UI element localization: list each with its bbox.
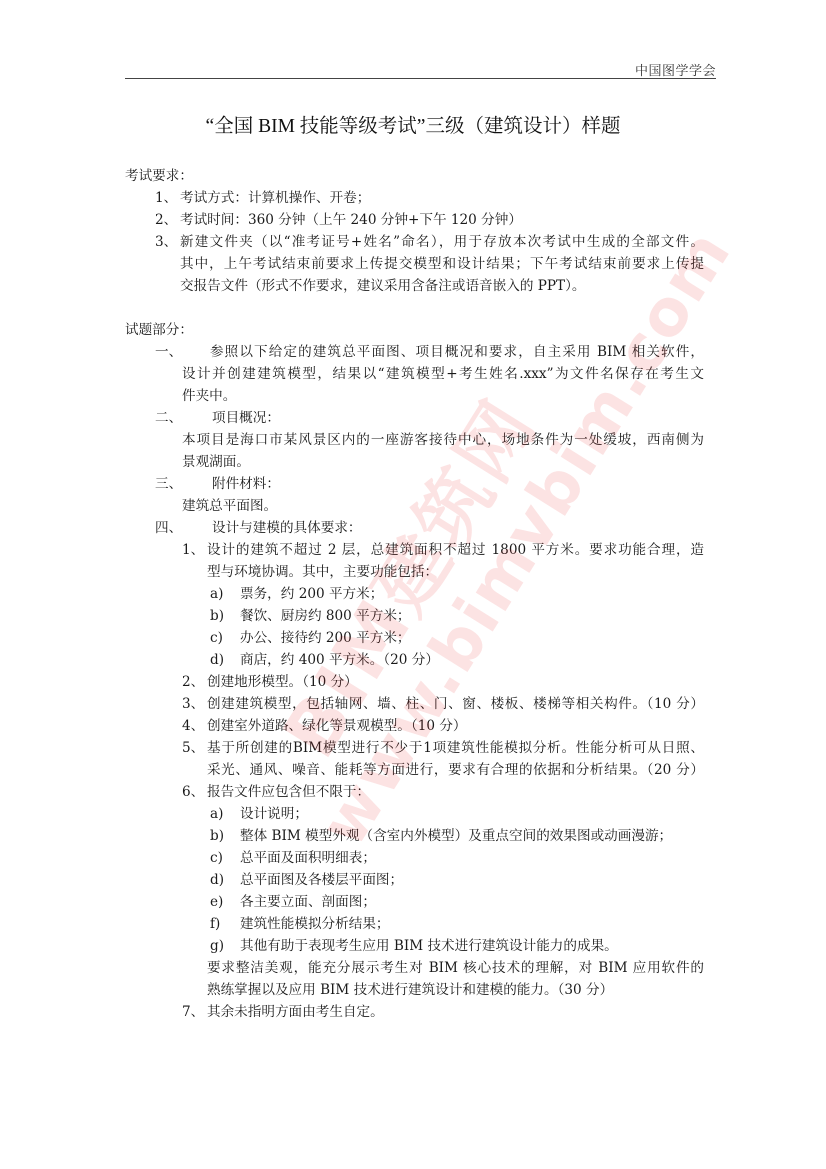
exam-item-text: 考试时间：360 分钟（上午 240 分钟+下午 120 分钟）	[180, 209, 522, 231]
requirement-marker: 6、	[182, 781, 204, 803]
requirement-text: 基于所创建的BIM模型进行不少于1项建筑性能模拟分析。性能分析可从日照、	[207, 737, 704, 759]
section-title: 附件材料：	[212, 473, 280, 495]
requirement-text: 设计的建筑不超过 2 层，总建筑面积不超过 1800 平方米。要求功能合理，造	[207, 539, 704, 561]
sub-item-text: 建筑性能模拟分析结果；	[240, 913, 390, 935]
section-body: 件夹中。	[182, 385, 236, 407]
requirement-text: 其余未指明方面由考生自定。	[207, 1001, 384, 1023]
sub-item-marker: g)	[210, 935, 224, 957]
section-body: 景观湖面。	[182, 451, 250, 473]
sub-item-marker: a)	[210, 583, 223, 605]
exam-item-text: 其中，上午考试结束前要求上传提交模型和设计结果；下午考试结束前要求上传提	[180, 253, 704, 275]
sub-item-marker: b)	[210, 825, 224, 847]
requirement-marker: 3、	[182, 693, 204, 715]
exam-requirements-heading: 考试要求：	[125, 165, 193, 187]
requirement-marker: 4、	[182, 715, 204, 737]
sub-item-text: 餐饮、厨房约 800 平方米；	[240, 605, 411, 627]
header-rule	[125, 78, 716, 79]
exam-item-marker: 1、	[155, 187, 177, 209]
sub-item-text: 其他有助于表现考生应用 BIM 技术进行建筑设计能力的成果。	[240, 935, 618, 957]
sub-item-marker: c)	[210, 627, 223, 649]
requirement-text: 采光、通风、噪音、能耗等方面进行，要求有合理的依据和分析结果。（20 分）	[207, 759, 704, 781]
questions-heading: 试题部分：	[125, 319, 193, 341]
requirement-marker: 1、	[182, 539, 204, 561]
sub-item-marker: d)	[210, 869, 224, 891]
document-page: 中国图学学会 “全国 BIM 技能等级考试”三级（建筑设计）样题 考试要求： 1…	[0, 0, 826, 1169]
exam-item-text: 新建文件夹（以“准考证号+姓名”命名），用于存放本次考试中生成的全部文件。	[180, 231, 704, 253]
document-title: “全国 BIM 技能等级考试”三级（建筑设计）样题	[0, 110, 826, 138]
sub-item-marker: d)	[210, 649, 224, 671]
requirement-text: 创建地形模型。（10 分）	[207, 671, 358, 693]
sub-item-marker: e)	[210, 891, 223, 913]
sub-item-text: 各主要立面、剖面图；	[240, 891, 376, 913]
requirement-marker: 5、	[182, 737, 204, 759]
sub-item-text: 票务，约 200 平方米；	[240, 583, 383, 605]
requirement-text: 报告文件应包含但不限于：	[207, 781, 370, 803]
section-body: 设计并创建建筑模型，结果以“建筑模型+考生姓名.xxx”为文件名保存在考生文	[182, 363, 704, 385]
requirement-text: 型与环境协调。其中，主要功能包括：	[207, 561, 438, 583]
exam-item-text: 考试方式：计算机操作、开卷；	[180, 187, 370, 209]
exam-item-marker: 3、	[155, 231, 177, 253]
requirement-marker: 7、	[182, 1001, 204, 1023]
sub-item-text: 商店，约 400 平方米。（20 分）	[240, 649, 439, 671]
section-body: 建筑总平面图。	[182, 495, 277, 517]
header-organization: 中国图学学会	[635, 60, 716, 79]
requirement-text: 创建建筑模型，包括轴网、墙、柱、门、窗、楼板、楼梯等相关构件。（10 分）	[207, 693, 704, 715]
section-title: 设计与建模的具体要求：	[212, 517, 362, 539]
section-marker: 二、	[155, 407, 182, 429]
sub-item-marker: f)	[210, 913, 220, 935]
section-title: 参照以下给定的建筑总平面图、项目概况和要求，自主采用 BIM 相关软件，	[210, 341, 704, 363]
requirement-text: 创建室外道路、绿化等景观模型。（10 分）	[207, 715, 467, 737]
requirement-marker: 2、	[182, 671, 204, 693]
sub-item-text: 整体 BIM 模型外观（含室内外模型）及重点空间的效果图或动画漫游；	[240, 825, 672, 847]
sub-item-marker: b)	[210, 605, 224, 627]
requirement-text: 熟练掌握以及应用 BIM 技术进行建筑设计和建模的能力。（30 分）	[207, 979, 613, 1001]
sub-item-marker: c)	[210, 847, 223, 869]
sub-item-text: 总平面图及各楼层平面图；	[240, 869, 403, 891]
section-title: 项目概况：	[212, 407, 280, 429]
sub-item-text: 总平面及面积明细表；	[240, 847, 376, 869]
section-marker: 三、	[155, 473, 182, 495]
exam-item-marker: 2、	[155, 209, 177, 231]
section-marker: 一、	[155, 341, 182, 363]
requirement-text: 要求整洁美观，能充分展示考生对 BIM 核心技术的理解，对 BIM 应用软件的	[207, 957, 704, 979]
sub-item-marker: a)	[210, 803, 223, 825]
section-body: 本项目是海口市某风景区内的一座游客接待中心，场地条件为一处缓坡，西南侧为	[182, 429, 704, 451]
sub-item-text: 办公、接待约 200 平方米；	[240, 627, 411, 649]
section-marker: 四、	[155, 517, 182, 539]
exam-item-text: 交报告文件（形式不作要求，建议采用含备注或语音嵌入的 PPT）。	[180, 275, 586, 297]
sub-item-text: 设计说明；	[240, 803, 308, 825]
